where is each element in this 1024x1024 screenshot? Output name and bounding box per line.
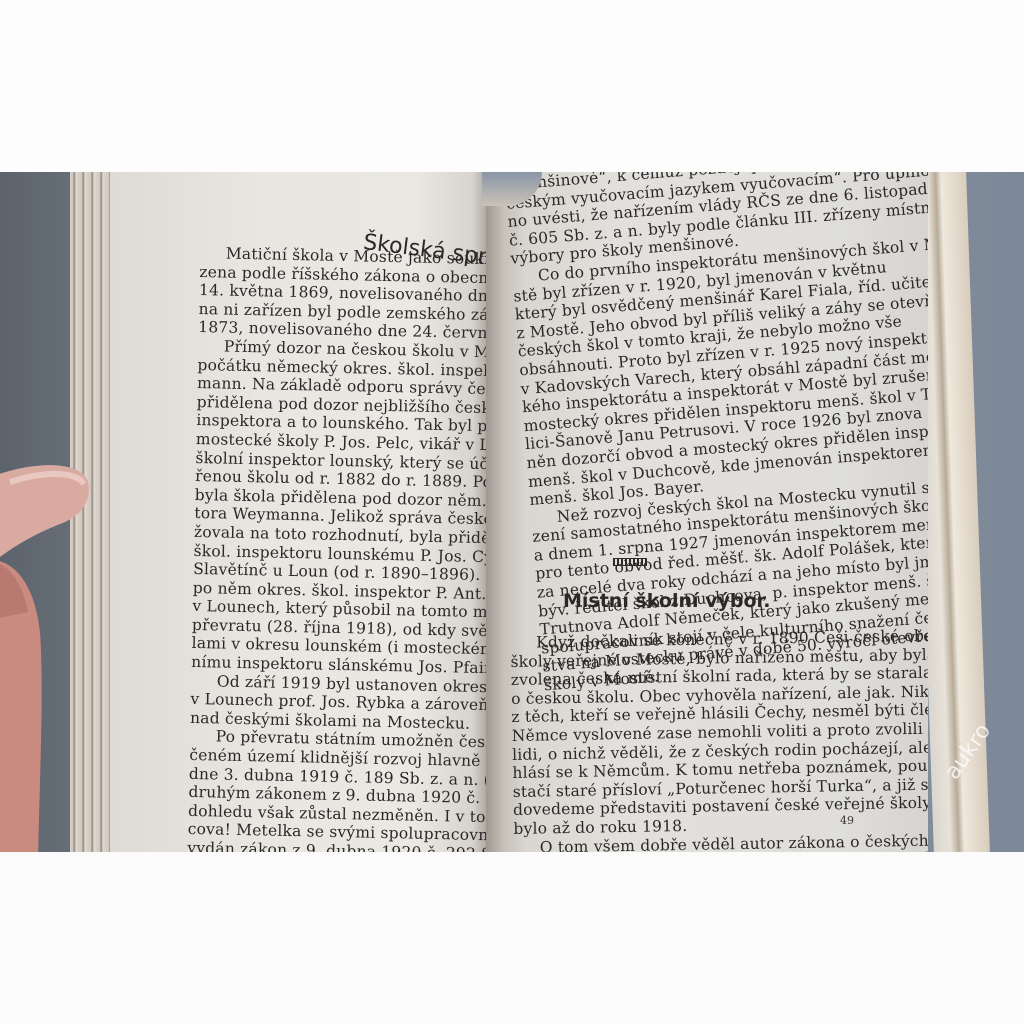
left-page: Školská správa. Matiční škola v Mostě ja… — [110, 172, 488, 852]
right-page: „menšinové“, k čemuž později připojen do… — [486, 172, 928, 852]
left-page-body: Matiční škola v Mostě jako soukromázena … — [186, 244, 488, 852]
hand-holding-book — [0, 462, 110, 862]
section-ornament-icon — [613, 558, 647, 566]
page-number: 49 — [840, 814, 854, 827]
bottom-white-margin — [0, 852, 1024, 1024]
top-white-margin — [0, 0, 1024, 172]
right-page-body-bottom: Když dočkali se konečně v r. 1890 Češi č… — [510, 626, 928, 852]
right-page-heading: Místní školní výbor. — [563, 590, 770, 612]
right-page-body-top: „menšinové“, k čemuž později připojen do… — [504, 172, 928, 695]
